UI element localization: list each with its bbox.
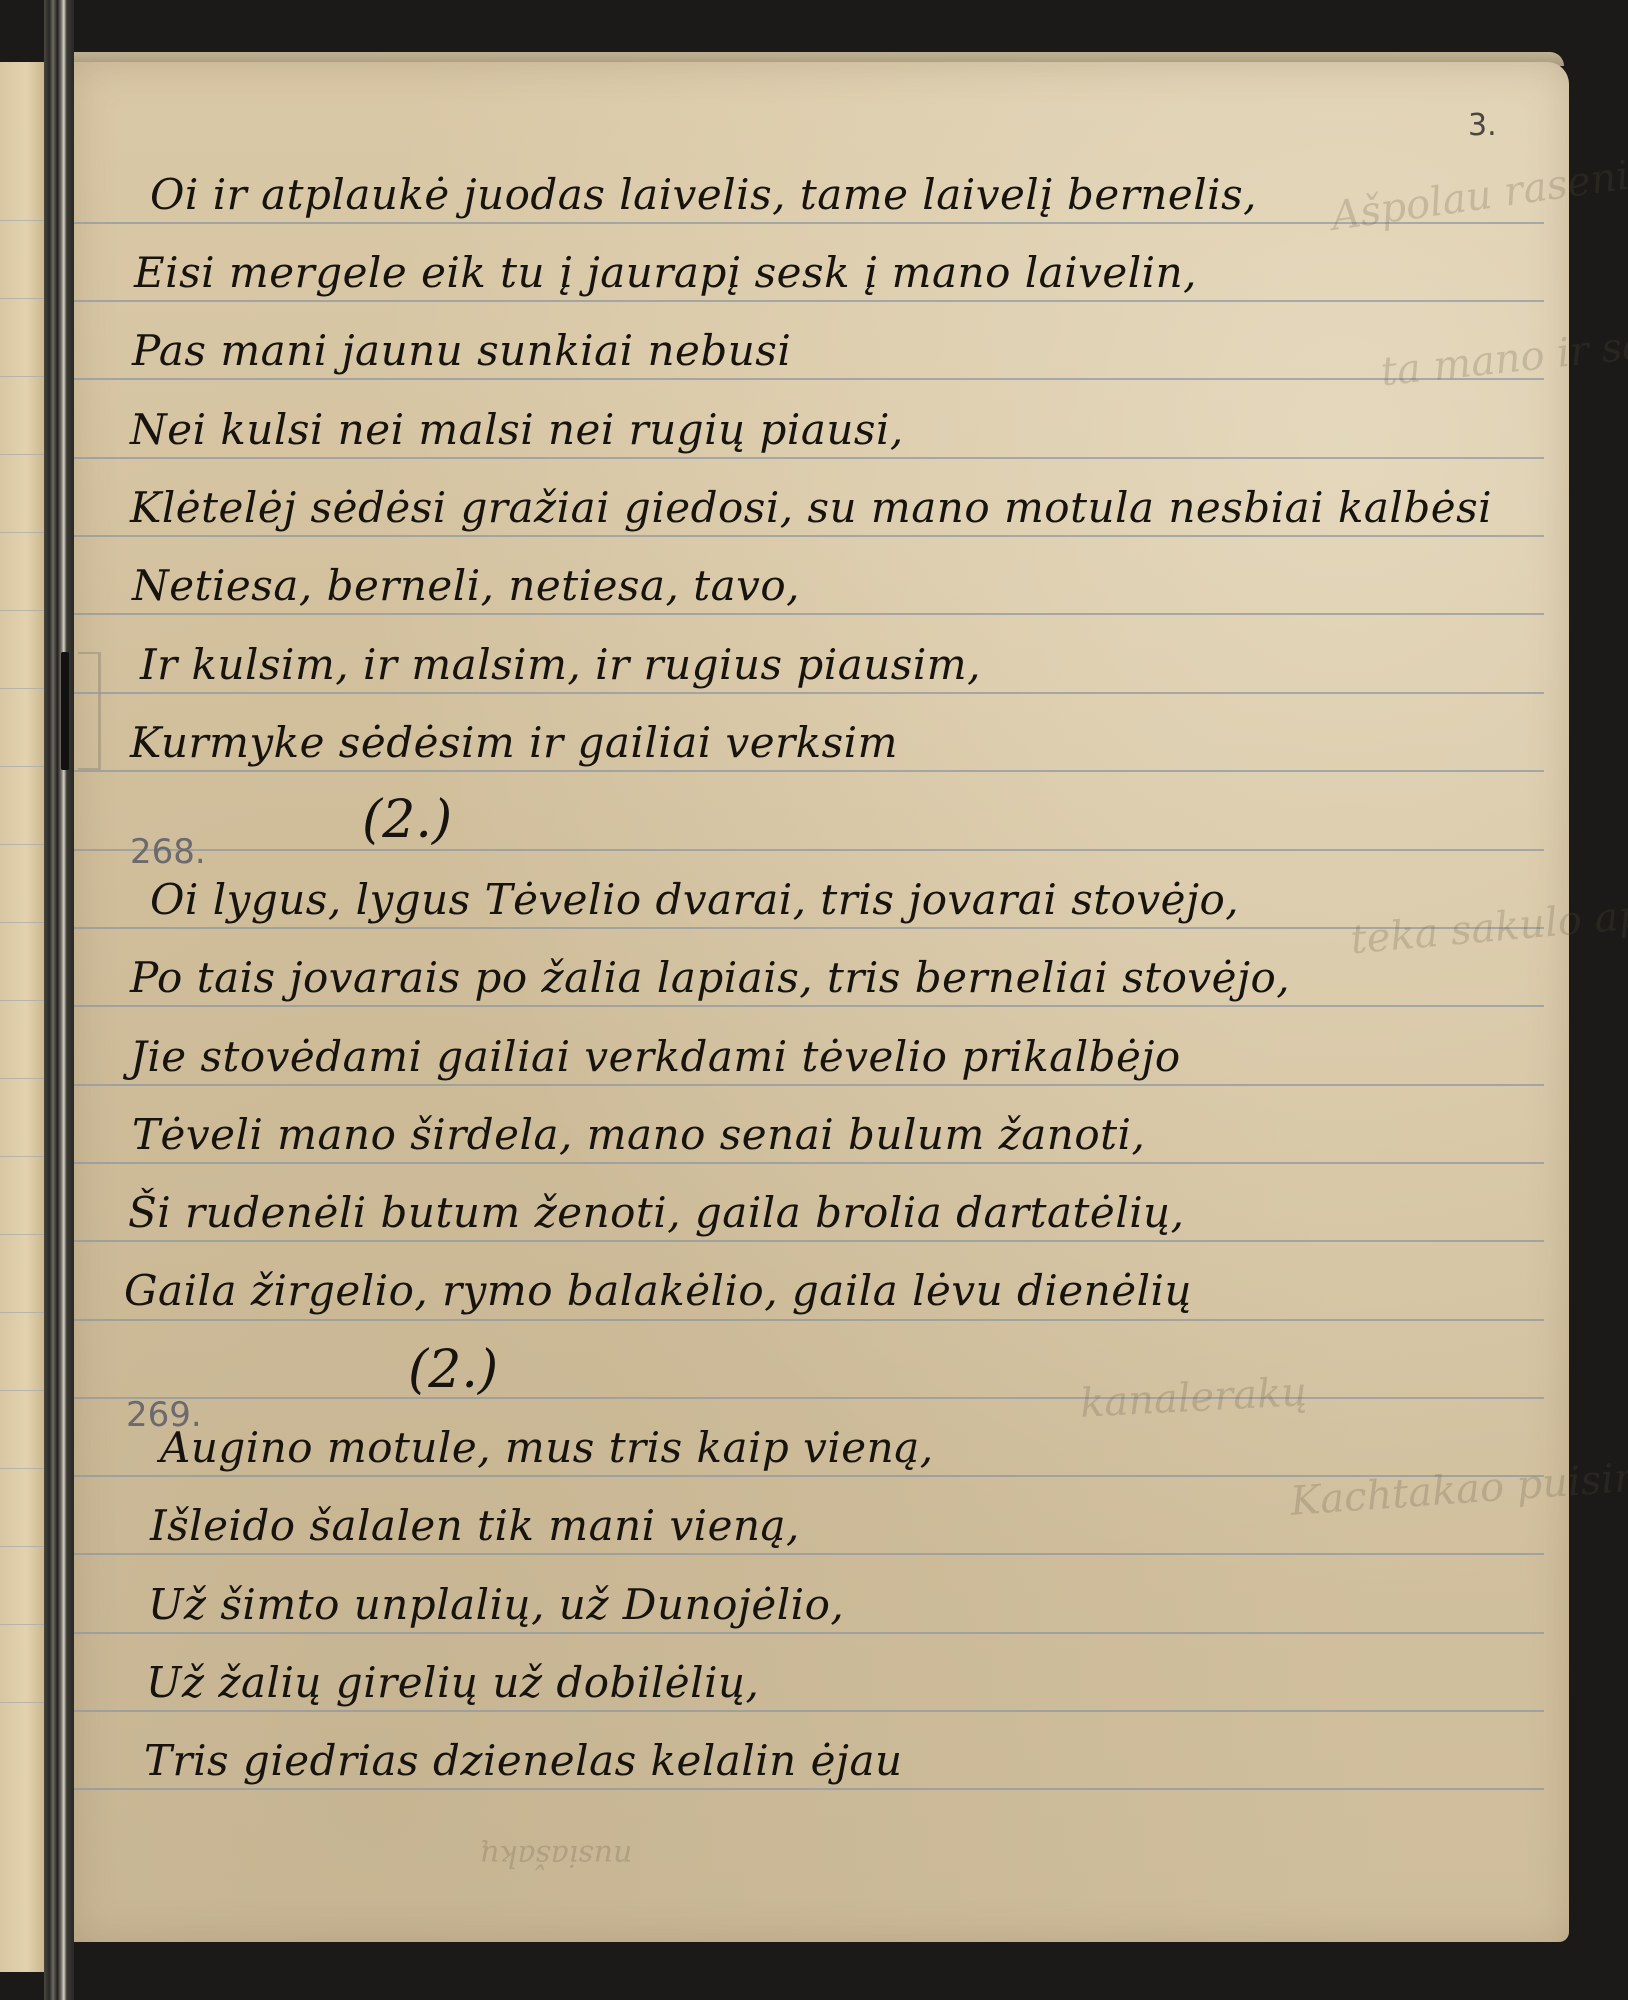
previous-page-rule (0, 1312, 44, 1313)
previous-page-rule (0, 1468, 44, 1469)
ruled-line (74, 1788, 1544, 1790)
ruled-line (74, 927, 1544, 929)
song-line: Jie stovėdami gailiai verkdami tėvelio p… (130, 1032, 1181, 1081)
margin-bracket-mark (78, 652, 101, 770)
ruled-line (74, 1240, 1544, 1242)
ruled-line (74, 535, 1544, 537)
song-line: Išleido šalalen tik mani vieną, (150, 1501, 800, 1550)
ruled-line (74, 849, 1544, 851)
song-number: 268. (130, 832, 206, 872)
song-line: Už šimto unplalių, už Dunojėlio, (148, 1580, 844, 1629)
previous-page-rule (0, 376, 44, 377)
previous-page-rule (0, 844, 44, 845)
previous-page-rule (0, 220, 44, 221)
song-line: Tėveli mano širdela, mano senai bulum ža… (132, 1110, 1145, 1159)
ruled-line (74, 300, 1544, 302)
ruled-line (74, 1084, 1544, 1086)
previous-page-rule (0, 1702, 44, 1703)
song-line: Tris giedrias dzienelas kelalin ėjau (144, 1736, 903, 1785)
song-line: Augino motule, mus tris kaip vieną, (160, 1423, 934, 1472)
ruled-line (74, 1319, 1544, 1321)
refrain-marker: (2.) (362, 790, 452, 850)
song-line: Oi lygus, lygus Tėvelio dvarai, tris jov… (150, 875, 1239, 924)
song-line: Kurmyke sėdėsim ir gailiai verksim (130, 718, 898, 767)
song-line: Oi ir atplaukė juodas laivelis, tame lai… (150, 170, 1257, 219)
previous-page-rule (0, 1078, 44, 1079)
song-line: Po tais jovarais po žalia lapiais, tris … (130, 953, 1290, 1002)
ruled-line (74, 457, 1544, 459)
previous-page-rule (0, 532, 44, 533)
ruled-line (74, 1005, 1544, 1007)
song-line: Nei kulsi nei malsi nei rugių piausi, (130, 405, 904, 454)
notebook-binding (44, 0, 74, 2000)
previous-page-rule (0, 1390, 44, 1391)
previous-page-rule (0, 688, 44, 689)
page-number: 3. (1468, 108, 1497, 143)
song-line: Eisi mergele eik tu į jaurapį sesk į man… (134, 248, 1197, 297)
previous-page-rule (0, 1546, 44, 1547)
previous-page-rule (0, 1624, 44, 1625)
previous-page-rule (0, 922, 44, 923)
song-line: Netiesa, berneli, netiesa, tavo, (132, 561, 800, 610)
song-line: Ir kulsim, ir malsim, ir rugius piausim, (140, 640, 981, 689)
previous-page-rule (0, 1234, 44, 1235)
ruled-line (74, 1553, 1544, 1555)
previous-page-rule (0, 454, 44, 455)
ruled-line (74, 613, 1544, 615)
ruled-line (74, 222, 1544, 224)
song-line: Už žalių girelių už dobilėlių, (146, 1658, 759, 1707)
ruled-line (74, 1710, 1544, 1712)
song-line: Ši rudenėli butum ženoti, gaila brolia d… (128, 1188, 1185, 1237)
song-line: Pas mani jaunu sunkiai nebusi (132, 326, 791, 375)
bleedthrough-text: nusiašakų (480, 1838, 632, 1873)
song-line: Gaila žirgelio, rymo balakėlio, gaila lė… (124, 1266, 1192, 1315)
previous-page-rule (0, 610, 44, 611)
ruled-line (74, 1397, 1544, 1399)
binding-ink-mark (61, 652, 69, 770)
ruled-line (74, 378, 1544, 380)
ruled-line (74, 1162, 1544, 1164)
ruled-line (74, 770, 1544, 772)
previous-page-rule (0, 766, 44, 767)
ruled-line (74, 1632, 1544, 1634)
previous-page-edge (0, 62, 44, 1972)
previous-page-rule (0, 1000, 44, 1001)
previous-page-rule (0, 1156, 44, 1157)
previous-page-rule (0, 298, 44, 299)
refrain-marker: (2.) (408, 1340, 498, 1400)
ruled-line (74, 692, 1544, 694)
song-line: Klėtelėj sėdėsi gražiai giedosi, su mano… (130, 483, 1492, 532)
